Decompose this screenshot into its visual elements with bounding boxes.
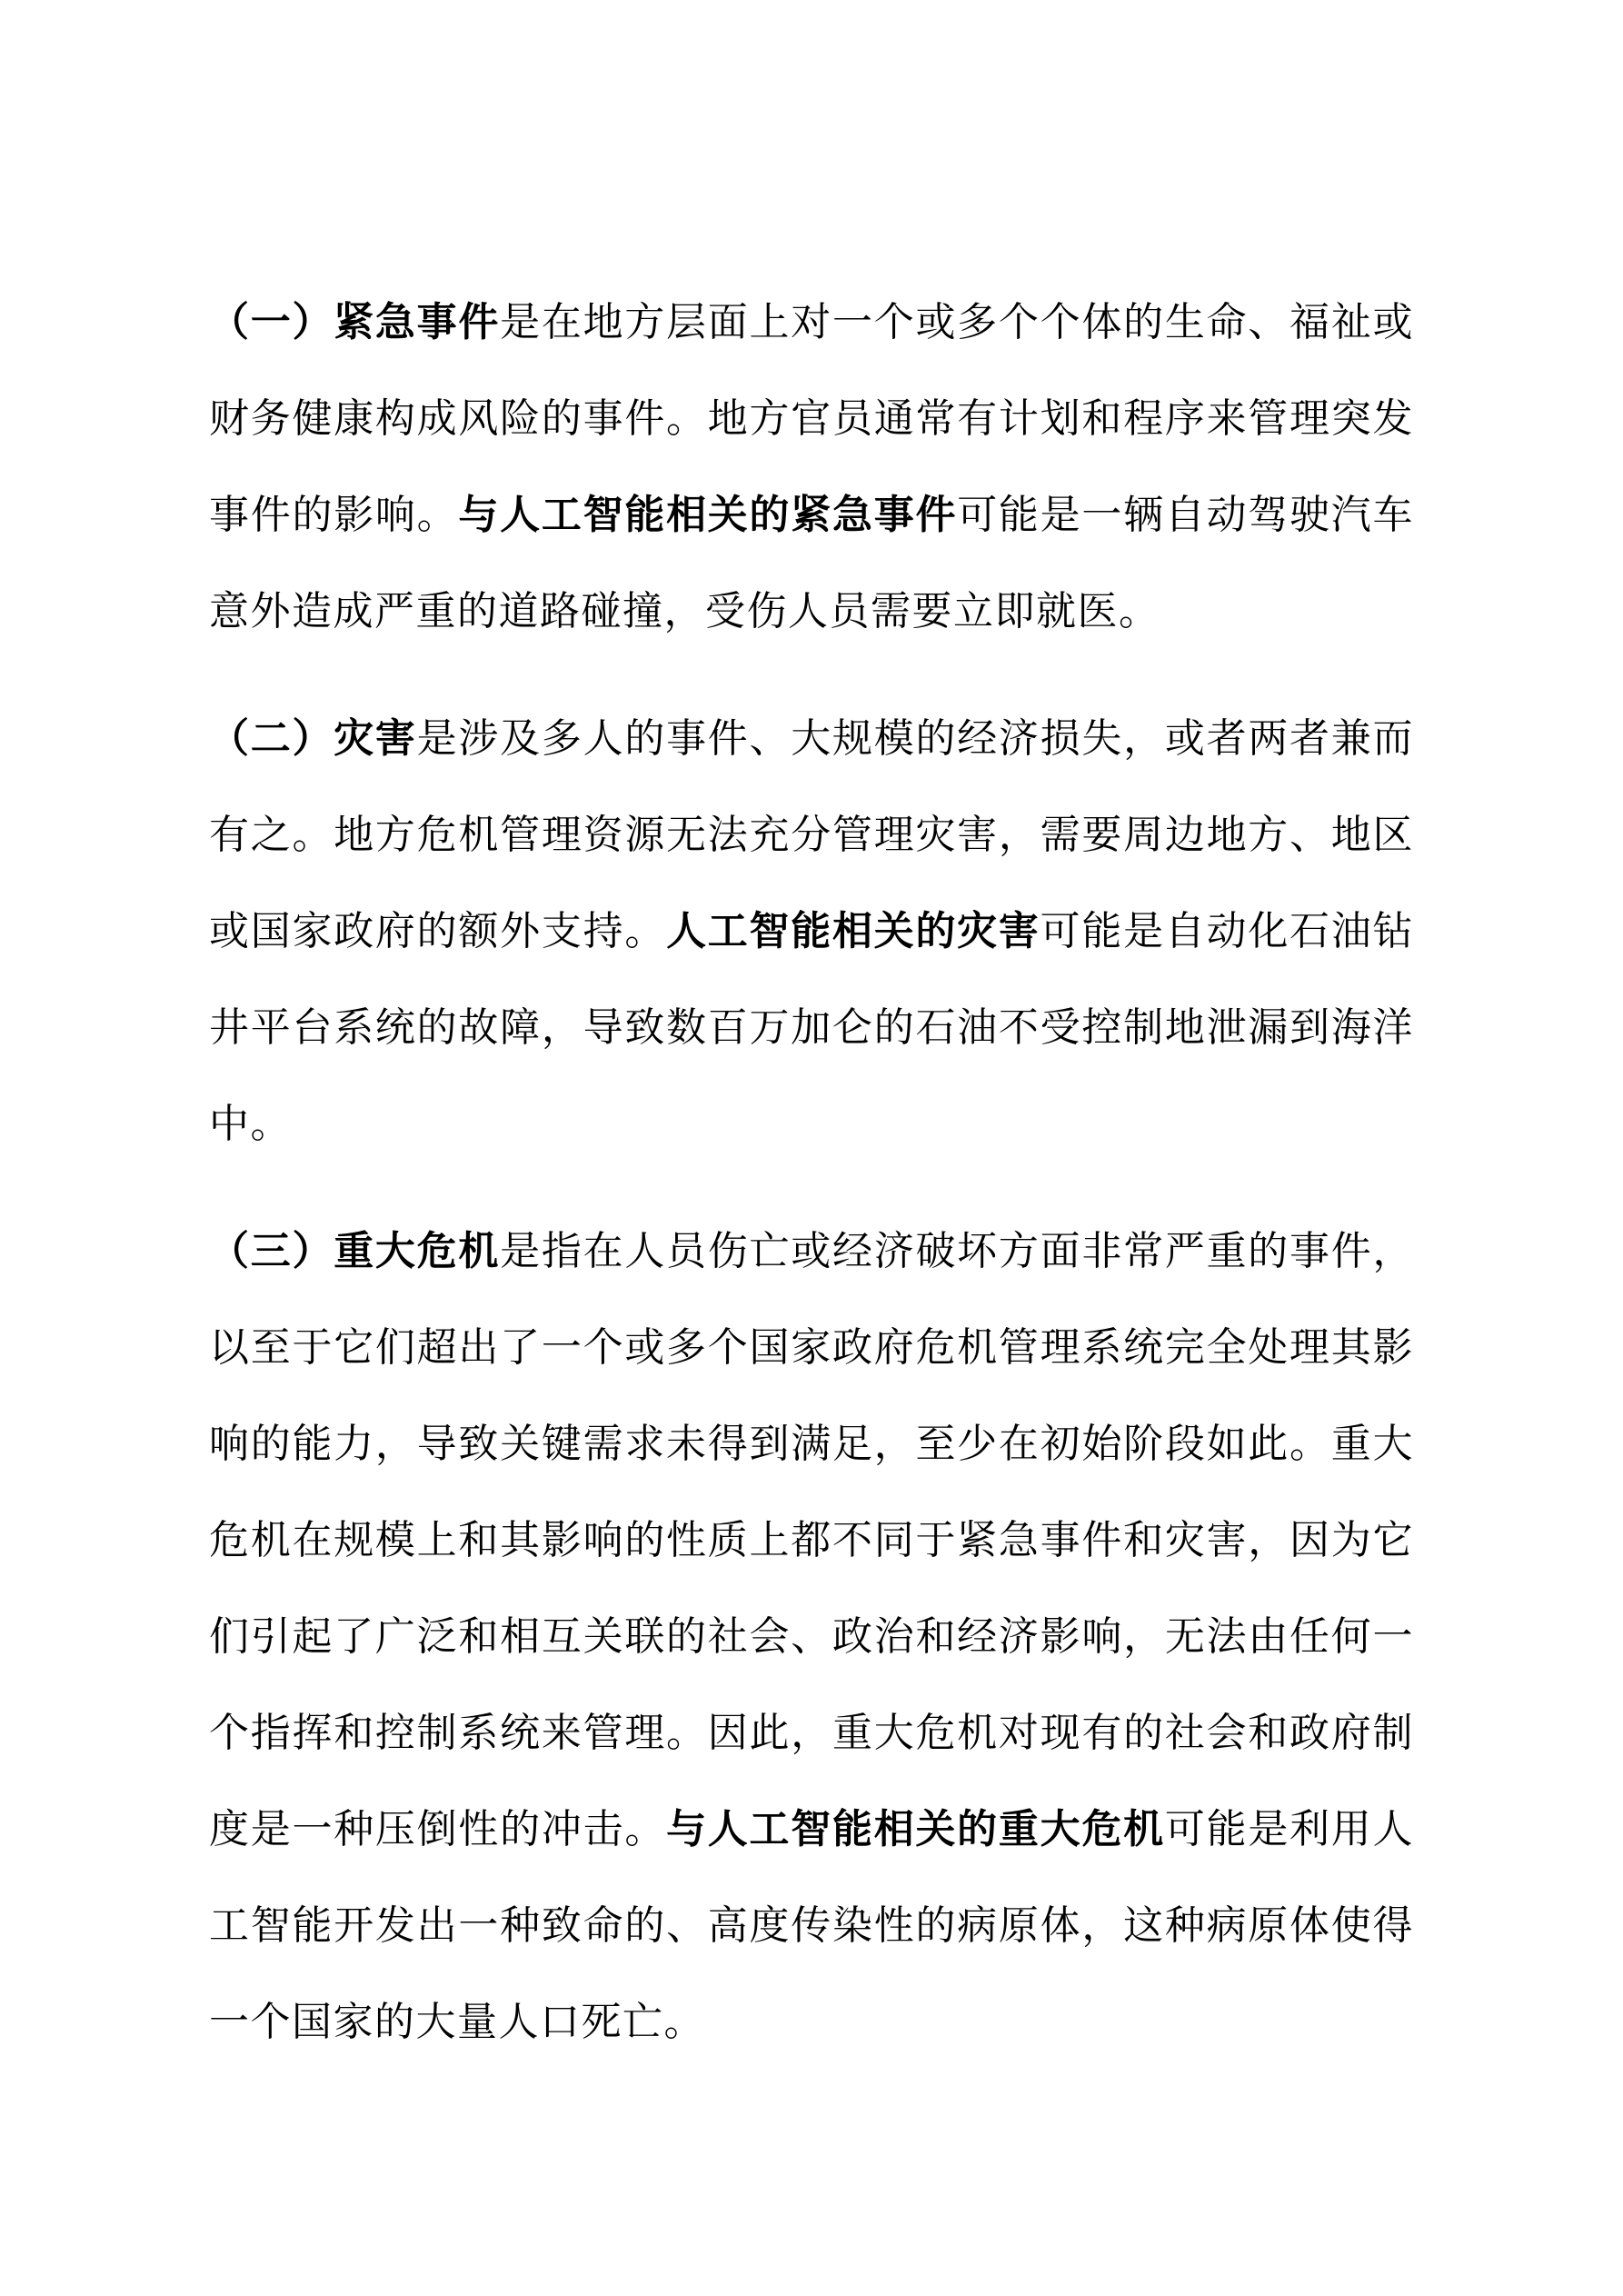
paragraph-major-crisis-ai-term: 与人工智能相关的重大危机 xyxy=(666,1806,1165,1852)
paragraph-disaster-ai-term: 人工智能相关的灾害 xyxy=(666,908,1041,954)
paragraph-major-crisis: （三）重大危机是指在人员伤亡或经济破坏方面非常严重的事件，以至于它们超出了一个或… xyxy=(209,1203,1414,2071)
document-page: （一）紧急事件是在地方层面上对一个或多个个体的生命、福祉或财务健康构成风险的事件… xyxy=(0,0,1623,2296)
paragraph-major-crisis-term: （三）重大危机 xyxy=(209,1228,500,1274)
paragraph-major-crisis-definition: 是指在人员伤亡或经济破坏方面非常严重的事件，以至于它们超出了一个或多个国家政府危… xyxy=(209,1228,1414,1852)
document-body: （一）紧急事件是在地方层面上对一个或多个个体的生命、福祉或财务健康构成风险的事件… xyxy=(209,275,1414,2071)
paragraph-disaster-term: （二）灾害 xyxy=(209,715,417,762)
paragraph-emergency: （一）紧急事件是在地方层面上对一个或多个个体的生命、福祉或财务健康构成风险的事件… xyxy=(209,275,1414,660)
paragraph-disaster: （二）灾害是涉及多人的事件、大规模的经济损失，或者两者兼而有之。地方危机管理资源… xyxy=(209,691,1414,1173)
paragraph-emergency-ai-term: 与人工智能相关的紧急事件 xyxy=(458,492,957,538)
paragraph-emergency-term: （一）紧急事件 xyxy=(209,299,500,345)
